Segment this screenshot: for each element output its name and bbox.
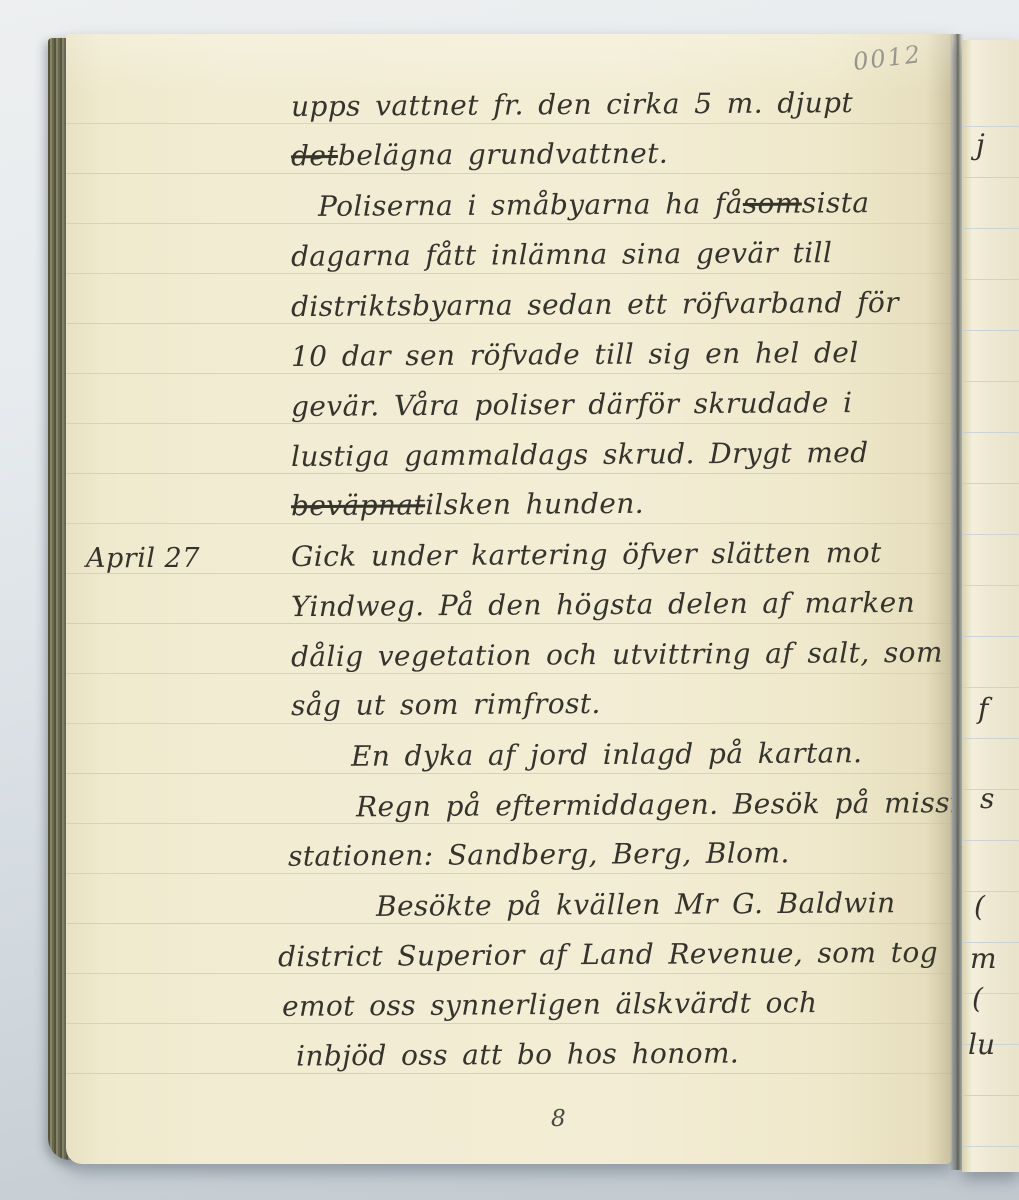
handwriting-text: upps vattnet fr. den cirka 5 m. djupt (291, 83, 853, 127)
handwriting-line: 10 dar sen röfvade till sig en hel del (291, 327, 859, 377)
handwriting-text: såg ut som rimfrost. (291, 684, 601, 726)
rule-line (962, 840, 1019, 841)
handwriting-text: Yindweg. På den högsta delen af marken (291, 583, 915, 627)
struck-word: det (291, 136, 338, 176)
handwriting-line: det belägna grundvattnet. (291, 128, 668, 177)
handwriting-text: sista (802, 183, 870, 223)
handwriting-line: beväpnat ilsken hunden. (291, 478, 644, 526)
handwriting-line: såg ut som rimfrost. (291, 678, 601, 726)
handwriting-line: distriktsbyarna sedan ett röfvarband för (291, 277, 899, 327)
handwriting-text: district Superior af Land Revenue, som t… (278, 933, 938, 978)
rule-line (962, 1095, 1019, 1096)
rule-line (962, 279, 1019, 280)
scanner-background: 0012 April 27 upps vattnet fr. den cirka… (0, 0, 1019, 1200)
handwriting-fragment: lu (968, 1028, 995, 1061)
rule-line (962, 330, 1019, 331)
handwriting-line: Regn på eftermiddagen. Besök på missions… (356, 777, 952, 828)
handwriting-text: belägna grundvattnet. (338, 134, 668, 176)
handwriting-text: 10 dar sen röfvade till sig en hel del (291, 333, 859, 377)
archival-number: 0012 (852, 40, 924, 76)
rule-line (962, 891, 1019, 892)
handwriting-line: inbjöd oss att bo hos honom. (296, 1027, 739, 1076)
rule-line (962, 636, 1019, 637)
handwriting-text: gevär. Våra poliser därför skrudade i (291, 383, 853, 427)
rule-line (962, 381, 1019, 382)
handwriting-fragment: s (980, 782, 994, 815)
rule-line (962, 432, 1019, 433)
rule-line (962, 126, 1019, 127)
rule-line (962, 1146, 1019, 1147)
handwriting-text: inbjöd oss att bo hos honom. (296, 1033, 739, 1076)
handwriting-text: emot oss synnerligen älskvärdt och (282, 983, 818, 1027)
handwriting-line: Besökte på kvällen Mr G. Baldwin (376, 877, 896, 927)
handwriting-fragment: j (976, 128, 985, 161)
handwriting-text: dagarna fått inlämna sina gevär till (291, 233, 833, 277)
handwriting-fragment: ( (972, 982, 983, 1015)
struck-word: som (743, 184, 802, 224)
handwriting-text: ilsken hunden. (425, 484, 644, 526)
handwriting-text: Regn på eftermiddagen. Besök på missions… (356, 783, 952, 828)
handwriting-line: Poliserna i småbyarna ha få som sista (318, 177, 870, 227)
handwriting-text: Gick under kartering öfver slätten mot (291, 533, 882, 577)
rule-line (962, 993, 1019, 994)
handwriting-line: stationen: Sandberg, Berg, Blom. (288, 827, 790, 877)
handwriting-line: gevär. Våra poliser därför skrudade i (291, 377, 853, 427)
facing-page-sliver: jfs(m(lu (962, 40, 1019, 1172)
rule-line (962, 177, 1019, 178)
handwriting-line: lustiga gammaldags skrud. Drygt med (291, 427, 869, 477)
rule-line (962, 534, 1019, 535)
margin-date: April 27 (86, 533, 200, 579)
diary-left-page: 0012 April 27 upps vattnet fr. den cirka… (66, 34, 952, 1164)
rule-line (962, 228, 1019, 229)
handwriting-fragment: m (970, 942, 997, 975)
handwriting-text: stationen: Sandberg, Berg, Blom. (288, 833, 790, 877)
rule-line (962, 585, 1019, 586)
rule-line (962, 687, 1019, 688)
handwriting-text: distriktsbyarna sedan ett röfvarband för (291, 283, 899, 327)
page-number: 8 (551, 1106, 566, 1132)
handwriting-line: emot oss synnerligen älskvärdt och (282, 977, 818, 1027)
struck-word: beväpnat (291, 485, 425, 526)
handwriting-fragment: f (978, 692, 988, 725)
handwriting-line: Gick under kartering öfver slätten mot (291, 527, 882, 577)
handwriting-line: En dyka af jord inlagd på kartan. (351, 727, 863, 777)
handwriting-text: En dyka af jord inlagd på kartan. (351, 733, 863, 777)
handwriting-line: district Superior af Land Revenue, som t… (278, 927, 938, 978)
handwriting-text: Besökte på kvällen Mr G. Baldwin (376, 883, 896, 927)
handwriting-line: dagarna fått inlämna sina gevär till (291, 227, 833, 277)
handwriting-line: Yindweg. På den högsta delen af marken (291, 577, 915, 627)
handwriting-text: dålig vegetation och utvittring af salt,… (291, 633, 943, 678)
handwriting-text: lustiga gammaldags skrud. Drygt med (291, 433, 869, 477)
rule-line (962, 738, 1019, 739)
handwriting-text: Poliserna i småbyarna ha få (318, 184, 743, 227)
rule-line (962, 483, 1019, 484)
handwriting-fragment: ( (974, 890, 985, 923)
handwriting-line: dålig vegetation och utvittring af salt,… (291, 627, 943, 678)
handwriting-line: upps vattnet fr. den cirka 5 m. djupt (291, 77, 853, 127)
